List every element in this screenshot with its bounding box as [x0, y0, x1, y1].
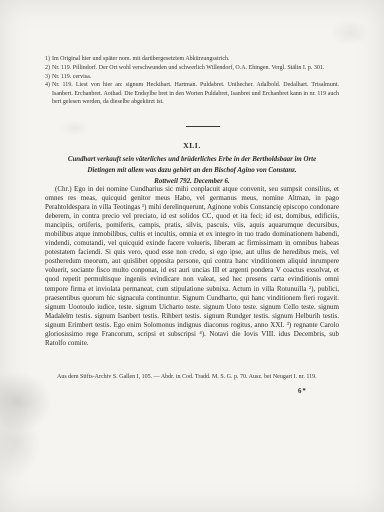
charter-number-heading: XLI.	[0, 141, 384, 150]
charter-dateline: Rottweil 792. December 6.	[0, 177, 384, 185]
scan-artifact	[60, 120, 90, 136]
footnote-block: 1)Im Original hier und später nom. mit d…	[45, 55, 339, 107]
scanned-book-page: 1)Im Original hier und später nom. mit d…	[0, 0, 384, 512]
scan-artifact	[0, 408, 40, 478]
footnote-text: Nr. 119. cervisa.	[52, 74, 91, 80]
footnote-text: Nr. 119. Pillindorf. Der Ort wohl versch…	[52, 65, 324, 71]
charter-body-text: (Chr.) Ego in dei nomine Cundharius sic …	[45, 185, 339, 348]
charter-source-line: Aus dem Stifts-Archiv S. Gallen I, 105. …	[45, 373, 339, 381]
section-divider-rule	[186, 126, 220, 127]
scan-artifact	[330, 20, 370, 46]
footnote-2: 2)Nr. 119. Pillindorf. Der Ort wohl vers…	[45, 64, 339, 72]
sheet-signature-mark: 6*	[298, 388, 307, 395]
footnote-4: 4)Nr. 119. Liest von hier an: signum Hec…	[45, 81, 339, 106]
footnote-1: 1)Im Original hier und später nom. mit d…	[45, 55, 339, 63]
footnote-number: 2)	[45, 65, 52, 71]
footnote-number: 3)	[45, 74, 52, 80]
charter-summary: Cundhart verkauft sein väterliches und b…	[58, 154, 326, 176]
footnote-number: 1)	[45, 56, 52, 62]
footnote-text: Im Original hier und später nom. mit dar…	[52, 56, 230, 62]
footnote-text: Nr. 119. Liest von hier an: signum Hecki…	[52, 82, 339, 105]
footnote-3: 3)Nr. 119. cervisa.	[45, 73, 339, 81]
footnote-number: 4)	[45, 82, 52, 88]
